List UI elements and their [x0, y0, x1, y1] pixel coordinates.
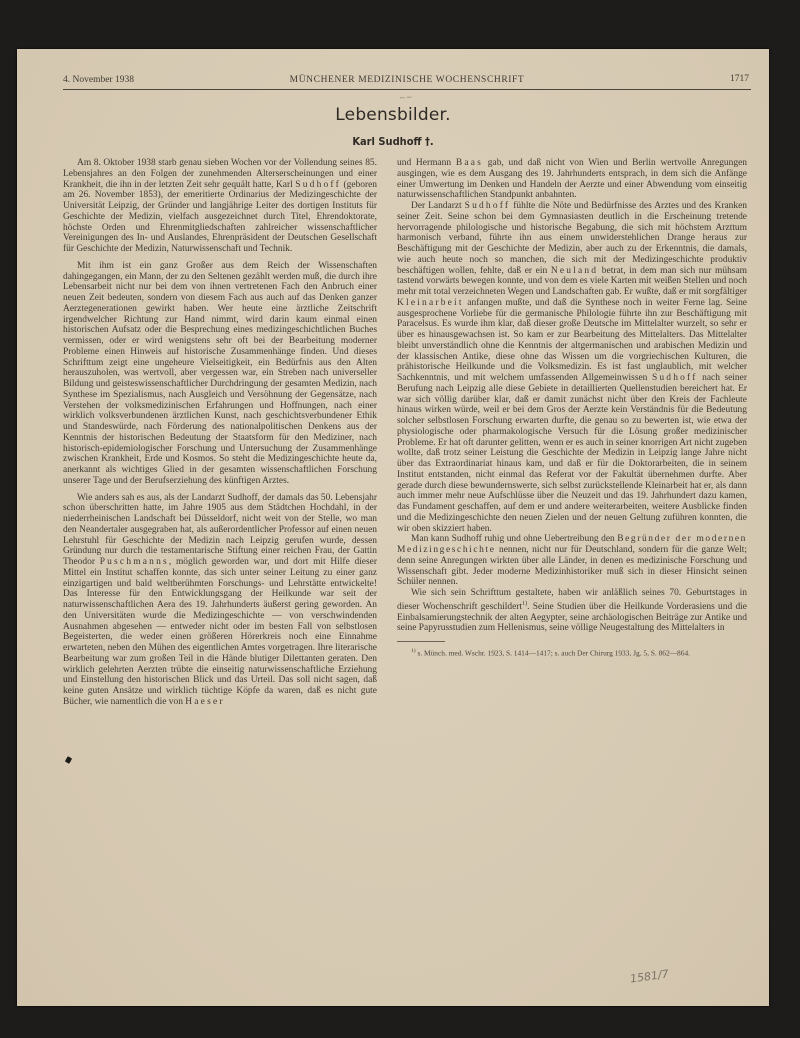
page-number: 1717: [730, 74, 749, 84]
paragraph: Man kann Sudhoff ruhig und ohne Uebertre…: [397, 534, 747, 588]
paragraph: und Hermann Baas gab, und daß nicht von …: [397, 158, 747, 201]
section-title: Lebensbilder.: [17, 105, 769, 125]
paragraph: Der Landarzt Sudhoff fühlte die Nöte und…: [397, 201, 747, 534]
paragraph: Am 8. Oktober 1938 starb genau sieben Wo…: [63, 158, 377, 255]
paragraph: Wie anders sah es aus, als der Landarzt …: [63, 493, 377, 708]
running-header: 4. November 1938 MÜNCHENER MEDIZINISCHE …: [63, 73, 751, 90]
scanned-page: ~~ 4. November 1938 MÜNCHENER MEDIZINISC…: [17, 49, 769, 1006]
spaced-name: Sudhoff: [652, 373, 698, 383]
article-subtitle: Karl Sudhoff †.: [55, 135, 732, 148]
right-column: und Hermann Baas gab, und daß nicht von …: [397, 158, 747, 658]
left-column: Am 8. Oktober 1938 starb genau sieben Wo…: [63, 158, 377, 708]
footnote: 1) s. Münch. med. Wschr. 1923, S. 1414—1…: [397, 647, 747, 657]
handwritten-mark: ~~: [399, 92, 413, 102]
paragraph: Wie sich sein Schrifttum gestaltete, hab…: [397, 588, 747, 634]
journal-title: MÜNCHENER MEDIZINISCHE WOCHENSCHRIFT: [63, 75, 751, 85]
spaced-word: Neuland: [551, 266, 598, 276]
spaced-name: Sudhoff: [295, 180, 341, 190]
spaced-name: Haeser: [185, 697, 224, 707]
footnote-divider: [397, 641, 445, 642]
spaced-word: Kleinarbeit: [397, 298, 464, 308]
spaced-name: Sudhoff: [465, 201, 511, 211]
spaced-name: Puschmanns: [100, 557, 169, 567]
paragraph: Mit ihm ist ein ganz Großer aus dem Reic…: [63, 261, 377, 487]
spaced-name: Baas: [456, 158, 483, 168]
